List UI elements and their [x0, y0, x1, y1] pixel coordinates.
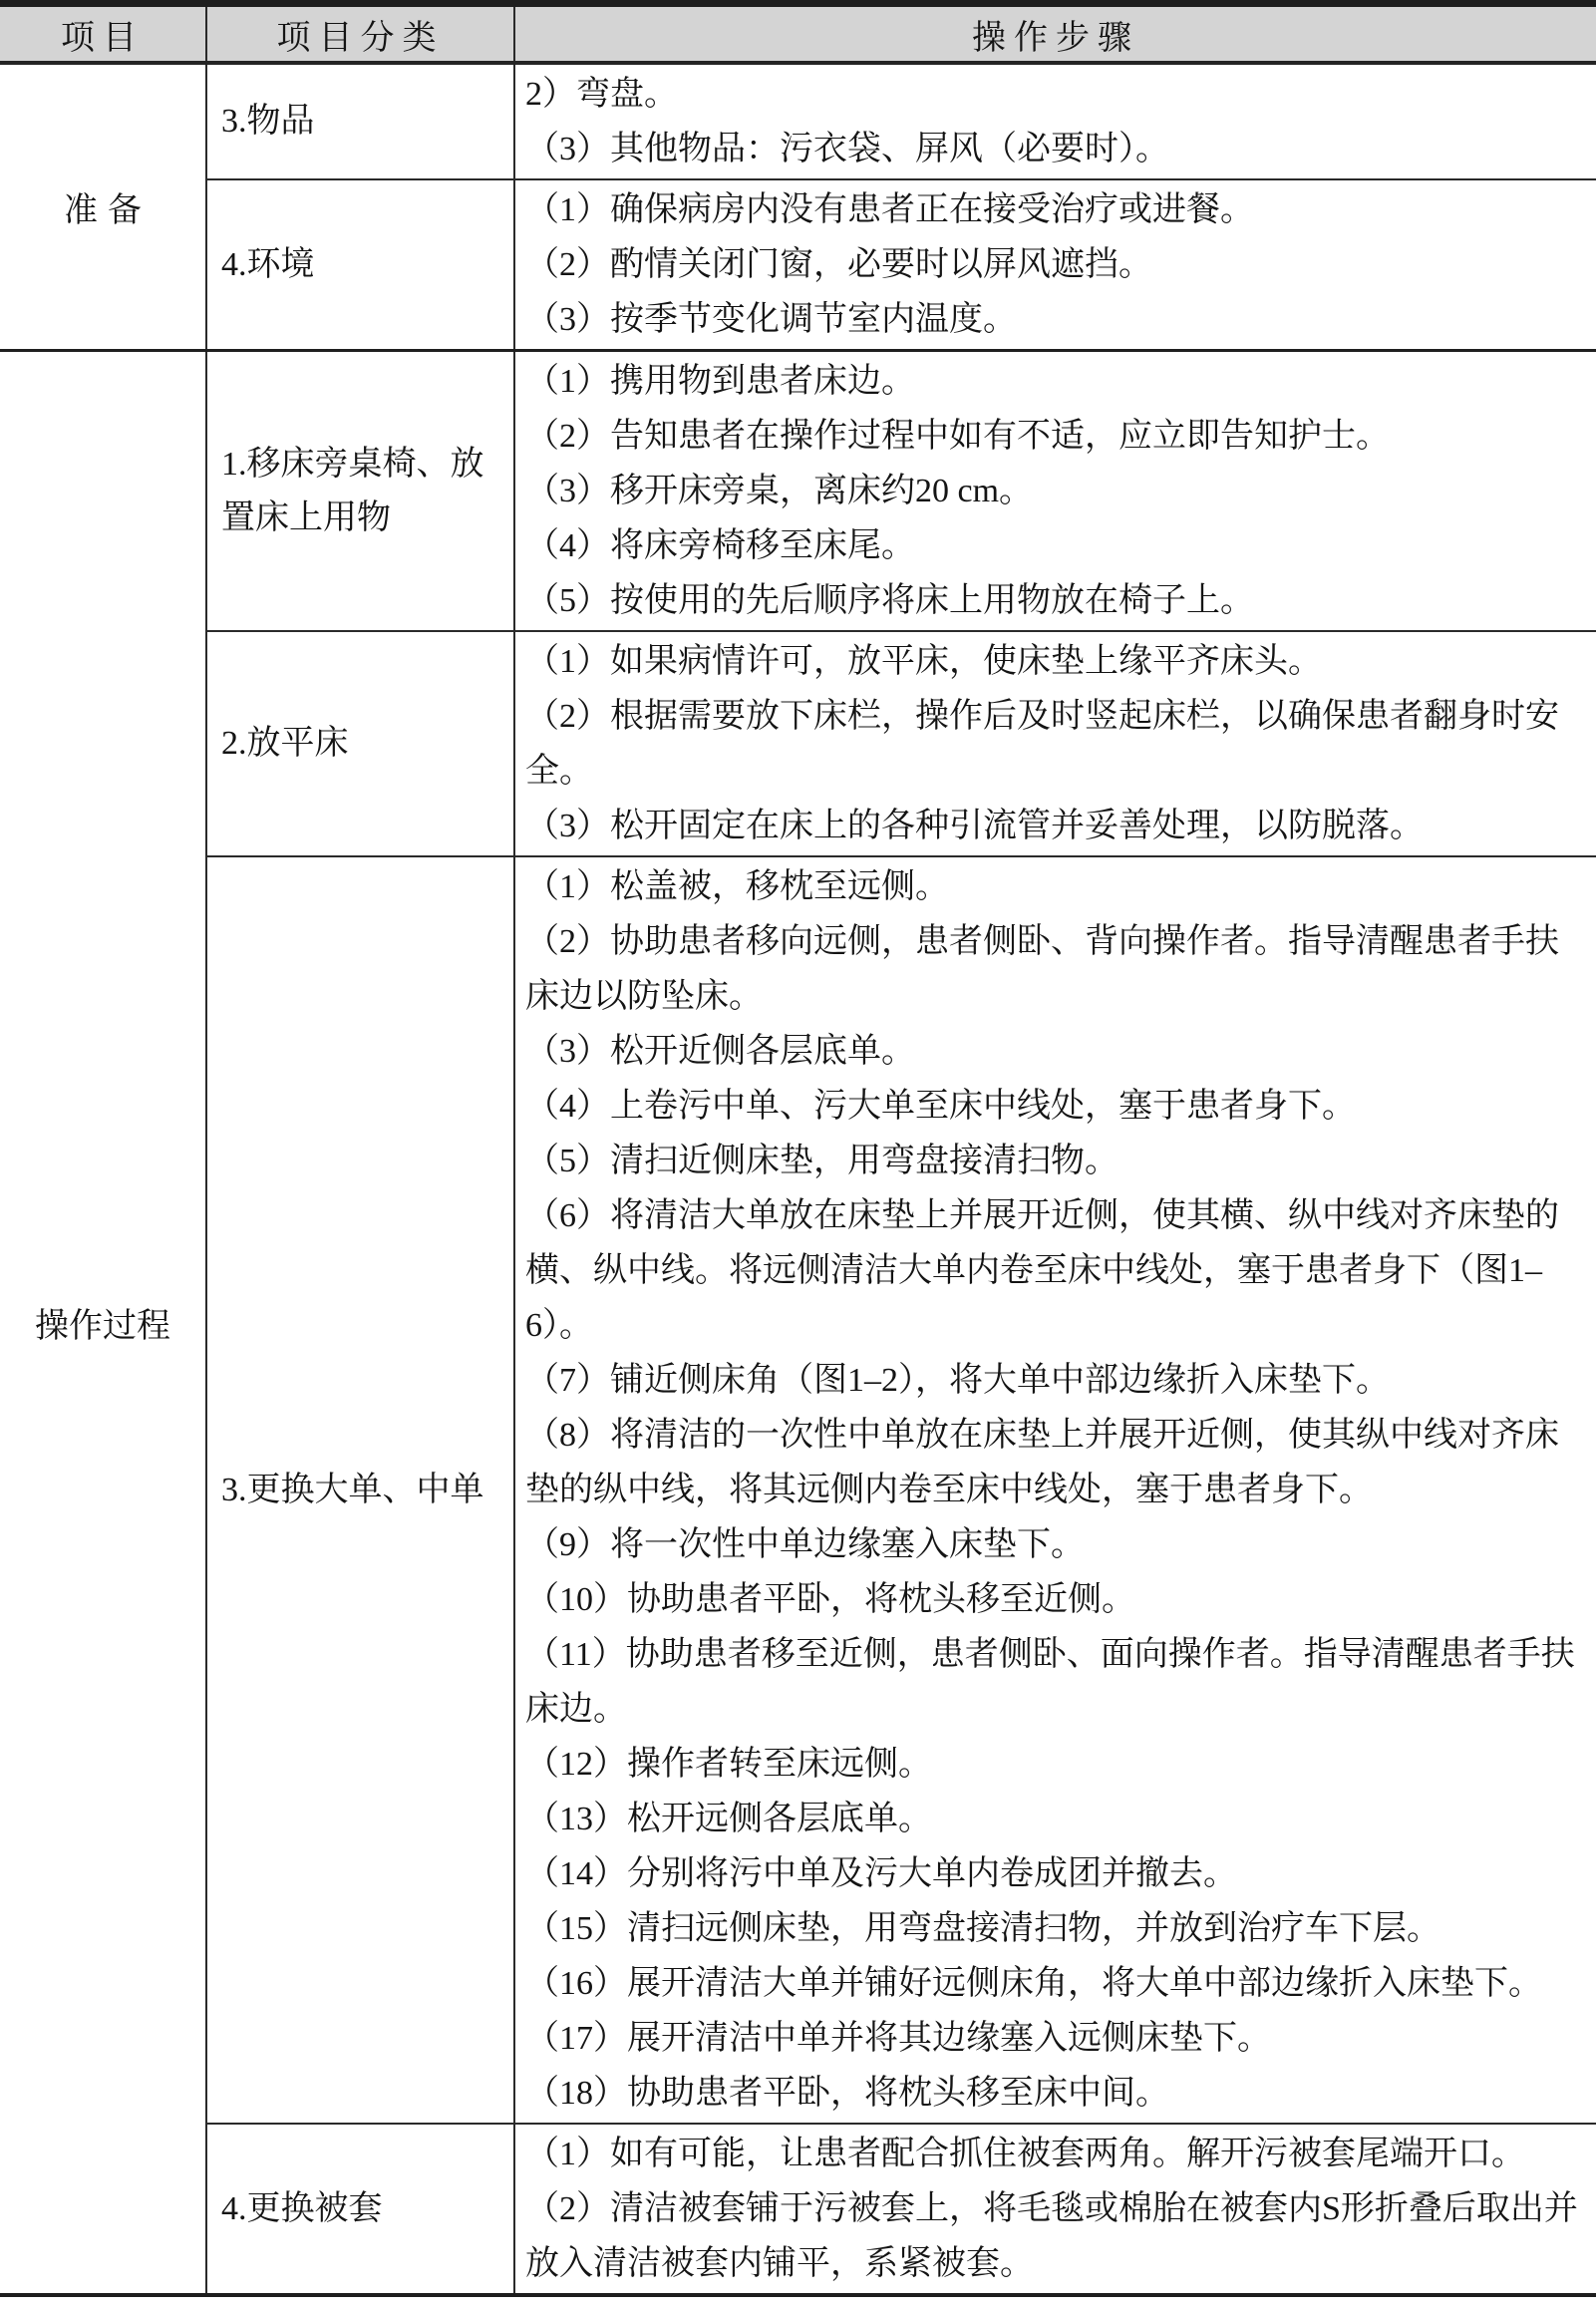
step-text: （1）松盖被，移枕至远侧。 [525, 859, 1590, 914]
step-text: （10）协助患者平卧，将枕头移至近侧。 [525, 1572, 1590, 1627]
step-text: （3）按季节变化调节室内温度。 [525, 292, 1590, 347]
step-text: （17）展开清洁中单并将其边缘塞入远侧床垫下。 [525, 2011, 1590, 2066]
step-text: （2）清洁被套铺于污被套上，将毛毯或棉胎在被套内S形折叠后取出并放入清洁被套内铺… [525, 2181, 1590, 2291]
step-text: （18）协助患者平卧，将枕头移至床中间。 [525, 2066, 1590, 2121]
category-cell: 1.移床旁桌椅、放置床上用物 [206, 351, 514, 632]
header-item: 项目 [0, 4, 206, 64]
category-cell: 2.放平床 [206, 631, 514, 856]
step-text: （2）根据需要放下床栏，操作后及时竖起床栏，以确保患者翻身时安全。 [525, 689, 1590, 799]
step-text: （3）其他物品：污衣袋、屏风（必要时）。 [525, 122, 1590, 176]
table-row: 操作过程1.移床旁桌椅、放置床上用物（1）携用物到患者床边。（2）告知患者在操作… [0, 351, 1596, 632]
step-text: （2）酌情关闭门窗，必要时以屏风遮挡。 [525, 237, 1590, 292]
step-text: （4）将床旁椅移至床尾。 [525, 518, 1590, 573]
step-text: 2）弯盘。 [525, 67, 1590, 122]
table-body: 准备3.物品2）弯盘。（3）其他物品：污衣袋、屏风（必要时）。4.环境（1）确保… [0, 63, 1596, 2295]
step-text: （13）松开远侧各层底单。 [525, 1792, 1590, 1846]
table-row: 2.放平床（1）如果病情许可，放平床，使床垫上缘平齐床头。（2）根据需要放下床栏… [0, 631, 1596, 856]
category-cell: 4.环境 [206, 179, 514, 351]
group-cell: 准备 [0, 63, 206, 351]
step-text: （5）清扫近侧床垫，用弯盘接清扫物。 [525, 1134, 1590, 1188]
table-row: 准备3.物品2）弯盘。（3）其他物品：污衣袋、屏风（必要时）。 [0, 63, 1596, 179]
step-text: （16）展开清洁大单并铺好远侧床角，将大单中部边缘折入床垫下。 [525, 1956, 1590, 2011]
steps-cell: （1）如有可能，让患者配合抓住被套两角。解开污被套尾端开口。（2）清洁被套铺于污… [514, 2124, 1596, 2295]
step-text: （3）松开固定在床上的各种引流管并妥善处理，以防脱落。 [525, 799, 1590, 853]
header-category: 项目分类 [206, 4, 514, 64]
step-text: （7）铺近侧床角（图1–2），将大单中部边缘折入床垫下。 [525, 1353, 1590, 1408]
steps-cell: （1）如果病情许可，放平床，使床垫上缘平齐床头。（2）根据需要放下床栏，操作后及… [514, 631, 1596, 856]
step-text: （15）清扫远侧床垫，用弯盘接清扫物，并放到治疗车下层。 [525, 1901, 1590, 1956]
step-text: （1）确保病房内没有患者正在接受治疗或进餐。 [525, 182, 1590, 237]
step-text: （5）按使用的先后顺序将床上用物放在椅子上。 [525, 573, 1590, 628]
step-text: （3）松开近侧各层底单。 [525, 1024, 1590, 1079]
table-header: 项目 项目分类 操作步骤 [0, 4, 1596, 64]
table-row: 4.更换被套（1）如有可能，让患者配合抓住被套两角。解开污被套尾端开口。（2）清… [0, 2124, 1596, 2295]
header-row: 项目 项目分类 操作步骤 [0, 4, 1596, 64]
group-cell: 操作过程 [0, 351, 206, 2296]
step-text: （14）分别将污中单及污大单内卷成团并撤去。 [525, 1846, 1590, 1901]
step-text: （6）将清洁大单放在床垫上并展开近侧，使其横、纵中线对齐床垫的横、纵中线。将远侧… [525, 1188, 1590, 1353]
step-text: （2）协助患者移向远侧，患者侧卧、背向操作者。指导清醒患者手扶床边以防坠床。 [525, 914, 1590, 1024]
step-text: （12）操作者转至床远侧。 [525, 1737, 1590, 1792]
steps-cell: （1）确保病房内没有患者正在接受治疗或进餐。（2）酌情关闭门窗，必要时以屏风遮挡… [514, 179, 1596, 351]
step-text: （3）移开床旁桌，离床约20 cm。 [525, 464, 1590, 518]
category-cell: 3.更换大单、中单 [206, 856, 514, 2124]
step-text: （1）携用物到患者床边。 [525, 354, 1590, 409]
steps-cell: （1）携用物到患者床边。（2）告知患者在操作过程中如有不适，应立即告知护士。（3… [514, 351, 1596, 632]
step-text: （1）如有可能，让患者配合抓住被套两角。解开污被套尾端开口。 [525, 2127, 1590, 2181]
header-steps: 操作步骤 [514, 4, 1596, 64]
category-cell: 3.物品 [206, 63, 514, 179]
step-text: （4）上卷污中单、污大单至床中线处，塞于患者身下。 [525, 1079, 1590, 1134]
steps-cell: 2）弯盘。（3）其他物品：污衣袋、屏风（必要时）。 [514, 63, 1596, 179]
step-text: （11）协助患者移至近侧，患者侧卧、面向操作者。指导清醒患者手扶床边。 [525, 1627, 1590, 1737]
table-row: 4.环境（1）确保病房内没有患者正在接受治疗或进餐。（2）酌情关闭门窗，必要时以… [0, 179, 1596, 351]
step-text: （8）将清洁的一次性中单放在床垫上并展开近侧，使其纵中线对齐床垫的纵中线，将其远… [525, 1408, 1590, 1517]
category-cell: 4.更换被套 [206, 2124, 514, 2295]
step-text: （1）如果病情许可，放平床，使床垫上缘平齐床头。 [525, 634, 1590, 689]
table-row: 3.更换大单、中单（1）松盖被，移枕至远侧。（2）协助患者移向远侧，患者侧卧、背… [0, 856, 1596, 2124]
steps-cell: （1）松盖被，移枕至远侧。（2）协助患者移向远侧，患者侧卧、背向操作者。指导清醒… [514, 856, 1596, 2124]
document-page: 项目 项目分类 操作步骤 准备3.物品2）弯盘。（3）其他物品：污衣袋、屏风（必… [0, 0, 1596, 2312]
step-text: （2）告知患者在操作过程中如有不适，应立即告知护士。 [525, 409, 1590, 464]
procedure-table: 项目 项目分类 操作步骤 准备3.物品2）弯盘。（3）其他物品：污衣袋、屏风（必… [0, 0, 1596, 2297]
step-text: （9）将一次性中单边缘塞入床垫下。 [525, 1517, 1590, 1572]
